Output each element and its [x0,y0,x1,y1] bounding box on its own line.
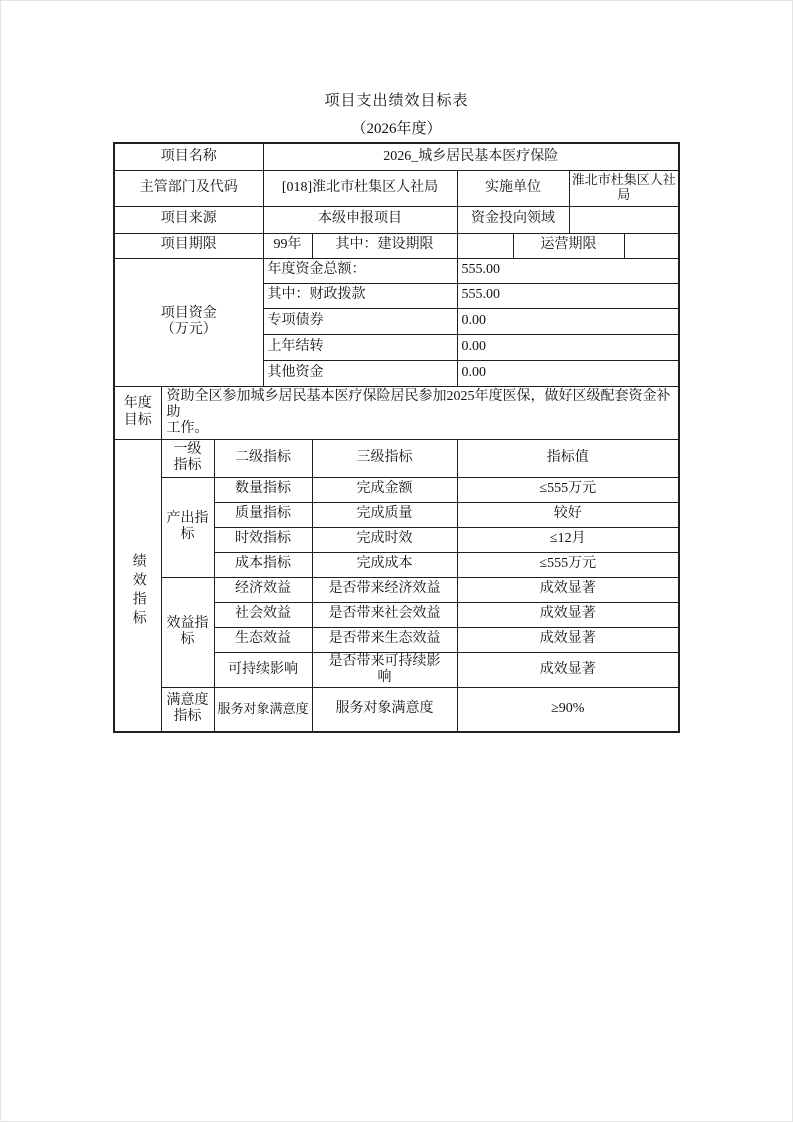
perf-header-value: 指标值 [457,439,679,477]
perf-row-l2: 质量指标 [214,502,312,527]
perf-row-l2: 生态效益 [214,627,312,652]
period-value: 99年 [263,233,312,258]
perf-row-value: 成效显著 [457,602,679,627]
perf-row-l3: 是否带来社会效益 [312,602,457,627]
build-period-label: 其中：建设期限 [312,233,457,258]
project-name-value: 2026_城乡居民基本医疗保险 [263,143,679,170]
fund-row-label: 上年结转 [263,334,457,360]
perf-row-l3: 是否带来经济效益 [312,577,457,602]
document-page: 项目支出绩效目标表 （2026年度） 项目名称 2026_城乡居民基本医疗保险 … [0,0,793,1122]
perf-row-value: 较好 [457,502,679,527]
fund-row-value: 0.00 [457,308,679,334]
fund-row-label: 其他资金 [263,360,457,386]
build-period-value [457,233,513,258]
source-label: 项目来源 [114,206,263,233]
source-value: 本级申报项目 [263,206,457,233]
perf-row-value: 成效显著 [457,627,679,652]
perf-row-l3: 完成成本 [312,552,457,577]
fund-field-label: 资金投向领域 [457,206,569,233]
perf-row-value: ≥90% [457,687,679,732]
fund-row-value: 0.00 [457,360,679,386]
fund-row-label: 年度资金总额： [263,258,457,283]
period-label: 项目期限 [114,233,263,258]
funds-group-label: 项目资金 （万元） [114,258,263,386]
fund-row-value: 555.00 [457,283,679,308]
perf-row-l2: 经济效益 [214,577,312,602]
performance-target-table: 项目名称 2026_城乡居民基本医疗保险 主管部门及代码 [018]淮北市杜集区… [113,142,680,733]
perf-row-l2: 可持续影响 [214,652,312,687]
perf-row-value: ≤12月 [457,527,679,552]
perf-benefit-group-label: 效益指 标 [161,577,214,687]
perf-row-l2: 社会效益 [214,602,312,627]
perf-row-value: ≤555万元 [457,477,679,502]
perf-row-l2: 服务对象满意度 [214,687,312,732]
impl-unit-value: 淮北市杜集区人社 局 [569,170,679,206]
annual-goal-text: 资助全区参加城乡居民基本医疗保险居民参加2025年度医保，做好区级配套资金补助 … [161,386,679,439]
fund-row-value: 0.00 [457,334,679,360]
perf-row-l3: 是否带来生态效益 [312,627,457,652]
perf-row-l3: 完成金额 [312,477,457,502]
page-title: 项目支出绩效目标表 [1,93,792,110]
operate-period-value [624,233,679,258]
fund-field-value [569,206,679,233]
perf-output-group-label: 产出指 标 [161,477,214,577]
perf-row-value: 成效显著 [457,577,679,602]
dept-label: 主管部门及代码 [114,170,263,206]
dept-value: [018]淮北市杜集区人社局 [263,170,457,206]
impl-unit-label: 实施单位 [457,170,569,206]
perf-row-l2: 成本指标 [214,552,312,577]
perf-row-value: ≤555万元 [457,552,679,577]
perf-row-l3: 服务对象满意度 [312,687,457,732]
fund-row-label: 专项债券 [263,308,457,334]
fund-row-label: 其中：财政拨款 [263,283,457,308]
operate-period-label: 运营期限 [513,233,624,258]
fund-row-value: 555.00 [457,258,679,283]
perf-header-l1: 一级 指标 [161,439,214,477]
perf-row-l3: 是否带来可持续影 响 [312,652,457,687]
perf-header-l3: 三级指标 [312,439,457,477]
perf-satisfaction-group-label: 满意度 指标 [161,687,214,732]
perf-header-l2: 二级指标 [214,439,312,477]
perf-row-l3: 完成质量 [312,502,457,527]
performance-group-label: 绩效指标 [114,439,161,732]
perf-row-l2: 时效指标 [214,527,312,552]
perf-row-l3: 完成时效 [312,527,457,552]
page-subtitle: （2026年度） [1,121,792,138]
performance-group-label-text: 绩效指标 [130,553,146,629]
perf-row-value: 成效显著 [457,652,679,687]
annual-goal-label: 年度 目标 [114,386,161,439]
project-name-label: 项目名称 [114,143,263,170]
perf-row-l2: 数量指标 [214,477,312,502]
